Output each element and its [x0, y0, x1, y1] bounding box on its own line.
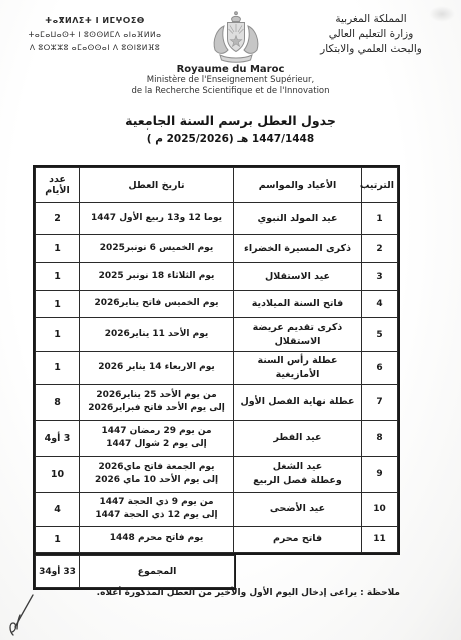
table-row: 1 عيد المولد النبوي يوما 12 و13 ربيع الأ… [36, 203, 398, 235]
french-line1: Royaume du Maroc [0, 64, 461, 75]
holidays-table: الترتيب الأعياد والمواسم تاريخ العطل عدد… [33, 165, 400, 555]
date-cell: من يوم الأحد 25 يناير2026 إلى يوم الأحد … [80, 384, 234, 420]
arabic-line1: المملكة المغربية [297, 12, 445, 27]
occasion-cell: ذكرى تقديم عريضة الاستقلال [234, 318, 362, 352]
order-cell: 4 [362, 291, 398, 318]
days-cell: 1 [36, 263, 80, 291]
occasion-cell: عيد الأضحى [234, 492, 362, 526]
table-row: 6 عطلة رأس السنة الأمازيغية يوم الاربعاء… [36, 352, 398, 385]
total-days: 33 أو34 [36, 556, 80, 588]
note-text: ملاحظة : يراعى إدخال اليوم الأول والأخير… [80, 588, 400, 598]
days-cell: 1 [36, 318, 80, 352]
days-cell: 1 [36, 352, 80, 385]
order-cell: 6 [362, 352, 398, 385]
page-subtitle: 1447/1448 هـ (2025/2026 م ) [0, 133, 461, 145]
table-row: 8 عيد الفطر من يوم 29 رمضان 1447 إلى يوم… [36, 420, 398, 456]
table-row: 4 فاتح السنة الميلادية يوم الخميس فاتح ي… [36, 291, 398, 318]
occasion-cell: عطلة نهاية الفصل الأول [234, 384, 362, 420]
table-row: 10 عيد الأضحى من يوم 9 ذي الحجة 1447 إلى… [36, 492, 398, 526]
date-cell: يوم الاربعاء 14 يناير 2026 [80, 352, 234, 385]
letterhead: ⵜⴰⴳⵍⴷⵉⵜ ⵏ ⵍⵎⵖⵔⵉⴱ ⵜⴰⵎⴰⵡⴰⵙⵜ ⵏ ⵓⵙⵙⵍⵎⴷ ⴰⵏⴰⴼⵍ… [0, 10, 461, 64]
signature-scribble-icon [5, 589, 37, 639]
date-cell: يوم الخميس 6 نونبر2025 [80, 235, 234, 263]
days-cell: 1 [36, 291, 80, 318]
occasion-cell: عيد المولد النبوي [234, 203, 362, 235]
french-line3: de la Recherche Scientifique et de l'Inn… [0, 86, 461, 97]
order-cell: 10 [362, 492, 398, 526]
order-cell: 3 [362, 263, 398, 291]
order-cell: 1 [362, 203, 398, 235]
header-occasion: الأعياد والمواسم [234, 168, 362, 203]
title-mark: ، [146, 123, 149, 133]
tifinagh-ministry-text: ⵜⴰⴳⵍⴷⵉⵜ ⵏ ⵍⵎⵖⵔⵉⴱ ⵜⴰⵎⴰⵡⴰⵙⵜ ⵏ ⵓⵙⵙⵍⵎⴷ ⴰⵏⴰⴼⵍ… [16, 14, 174, 54]
date-cell: من يوم 9 ذي الحجة 1447 إلى يوم 12 ذي الح… [80, 492, 234, 526]
order-cell: 8 [362, 420, 398, 456]
occasion-cell: ذكرى المسيرة الخضراء [234, 235, 362, 263]
table-header-row: الترتيب الأعياد والمواسم تاريخ العطل عدد… [36, 168, 398, 203]
table-row: 11 فاتح محرم يوم فاتح محرم 1448 1 [36, 526, 398, 552]
header-date: تاريخ العطل [80, 168, 234, 203]
order-cell: 11 [362, 526, 398, 552]
date-cell: يوم الثلاثاء 18 نونبر 2025 [80, 263, 234, 291]
date-cell: يوم الأحد 11 يناير2026 [80, 318, 234, 352]
total-label: المجموع [80, 556, 235, 588]
order-cell: 9 [362, 456, 398, 492]
days-cell: 1 [36, 526, 80, 552]
occasion-cell: عيد الاستقلال [234, 263, 362, 291]
date-cell: يوم فاتح محرم 1448 [80, 526, 234, 552]
document-title: ، جدول العطل برسم السنة الجامعية 1447/14… [0, 113, 461, 145]
days-cell: 10 [36, 456, 80, 492]
days-cell: 3 أو4 [36, 420, 80, 456]
date-cell: يوما 12 و13 ربيع الأول 1447 [80, 203, 234, 235]
total-row: المجموع 33 أو34 [33, 553, 236, 590]
page-title: جدول العطل برسم السنة الجامعية [0, 113, 461, 128]
order-cell: 2 [362, 235, 398, 263]
occasion-cell: عيد الشغل وعطلة فصل الربيع [234, 456, 362, 492]
date-cell: يوم الجمعة فاتح ماي2026 إلى يوم الأحد 10… [80, 456, 234, 492]
header-days: عدد الأيام [36, 168, 80, 203]
tifinagh-line1: ⵜⴰⴳⵍⴷⵉⵜ ⵏ ⵍⵎⵖⵔⵉⴱ [16, 14, 174, 28]
tifinagh-line2: ⵜⴰⵎⴰⵡⴰⵙⵜ ⵏ ⵓⵙⵙⵍⵎⴷ ⴰⵏⴰⴼⵍⵍⴰ [16, 28, 174, 41]
table-row: 3 عيد الاستقلال يوم الثلاثاء 18 نونبر 20… [36, 263, 398, 291]
occasion-cell: عطلة رأس السنة الأمازيغية [234, 352, 362, 385]
table-row: 5 ذكرى تقديم عريضة الاستقلال يوم الأحد 1… [36, 318, 398, 352]
tifinagh-line3: ⴷ ⵓⵔⵣⵣⵓ ⴰⵎⴰⵙⵙⴰⵏ ⴷ ⵓⵙⵏⵓⵍⴼⵓ [16, 41, 174, 54]
order-cell: 5 [362, 318, 398, 352]
order-cell: 7 [362, 384, 398, 420]
days-cell: 4 [36, 492, 80, 526]
table-row: 7 عطلة نهاية الفصل الأول من يوم الأحد 25… [36, 384, 398, 420]
header-order: الترتيب [362, 168, 398, 203]
french-ministry-text: Royaume du Maroc Ministère de l'Enseigne… [0, 64, 461, 97]
days-cell: 2 [36, 203, 80, 235]
date-cell: يوم الخميس فاتح يناير2026 [80, 291, 234, 318]
days-cell: 8 [36, 384, 80, 420]
table-row: 9 عيد الشغل وعطلة فصل الربيع يوم الجمعة … [36, 456, 398, 492]
coat-of-arms-icon [201, 10, 271, 64]
french-line2: Ministère de l'Enseignement Supérieur, [0, 75, 461, 86]
document-page: ⵜⴰⴳⵍⴷⵉⵜ ⵏ ⵍⵎⵖⵔⵉⴱ ⵜⴰⵎⴰⵡⴰⵙⵜ ⵏ ⵓⵙⵙⵍⵎⴷ ⴰⵏⴰⴼⵍ… [0, 0, 461, 640]
arabic-line3: والبحث العلمي والابتكار [297, 42, 445, 57]
occasion-cell: فاتح محرم [234, 526, 362, 552]
date-cell: من يوم 29 رمضان 1447 إلى يوم 2 شوال 1447 [80, 420, 234, 456]
arabic-ministry-text: المملكة المغربية وزارة التعليم العالي وا… [297, 12, 445, 58]
arabic-line2: وزارة التعليم العالي [297, 27, 445, 42]
table-row: 2 ذكرى المسيرة الخضراء يوم الخميس 6 نونب… [36, 235, 398, 263]
occasion-cell: فاتح السنة الميلادية [234, 291, 362, 318]
days-cell: 1 [36, 235, 80, 263]
occasion-cell: عيد الفطر [234, 420, 362, 456]
